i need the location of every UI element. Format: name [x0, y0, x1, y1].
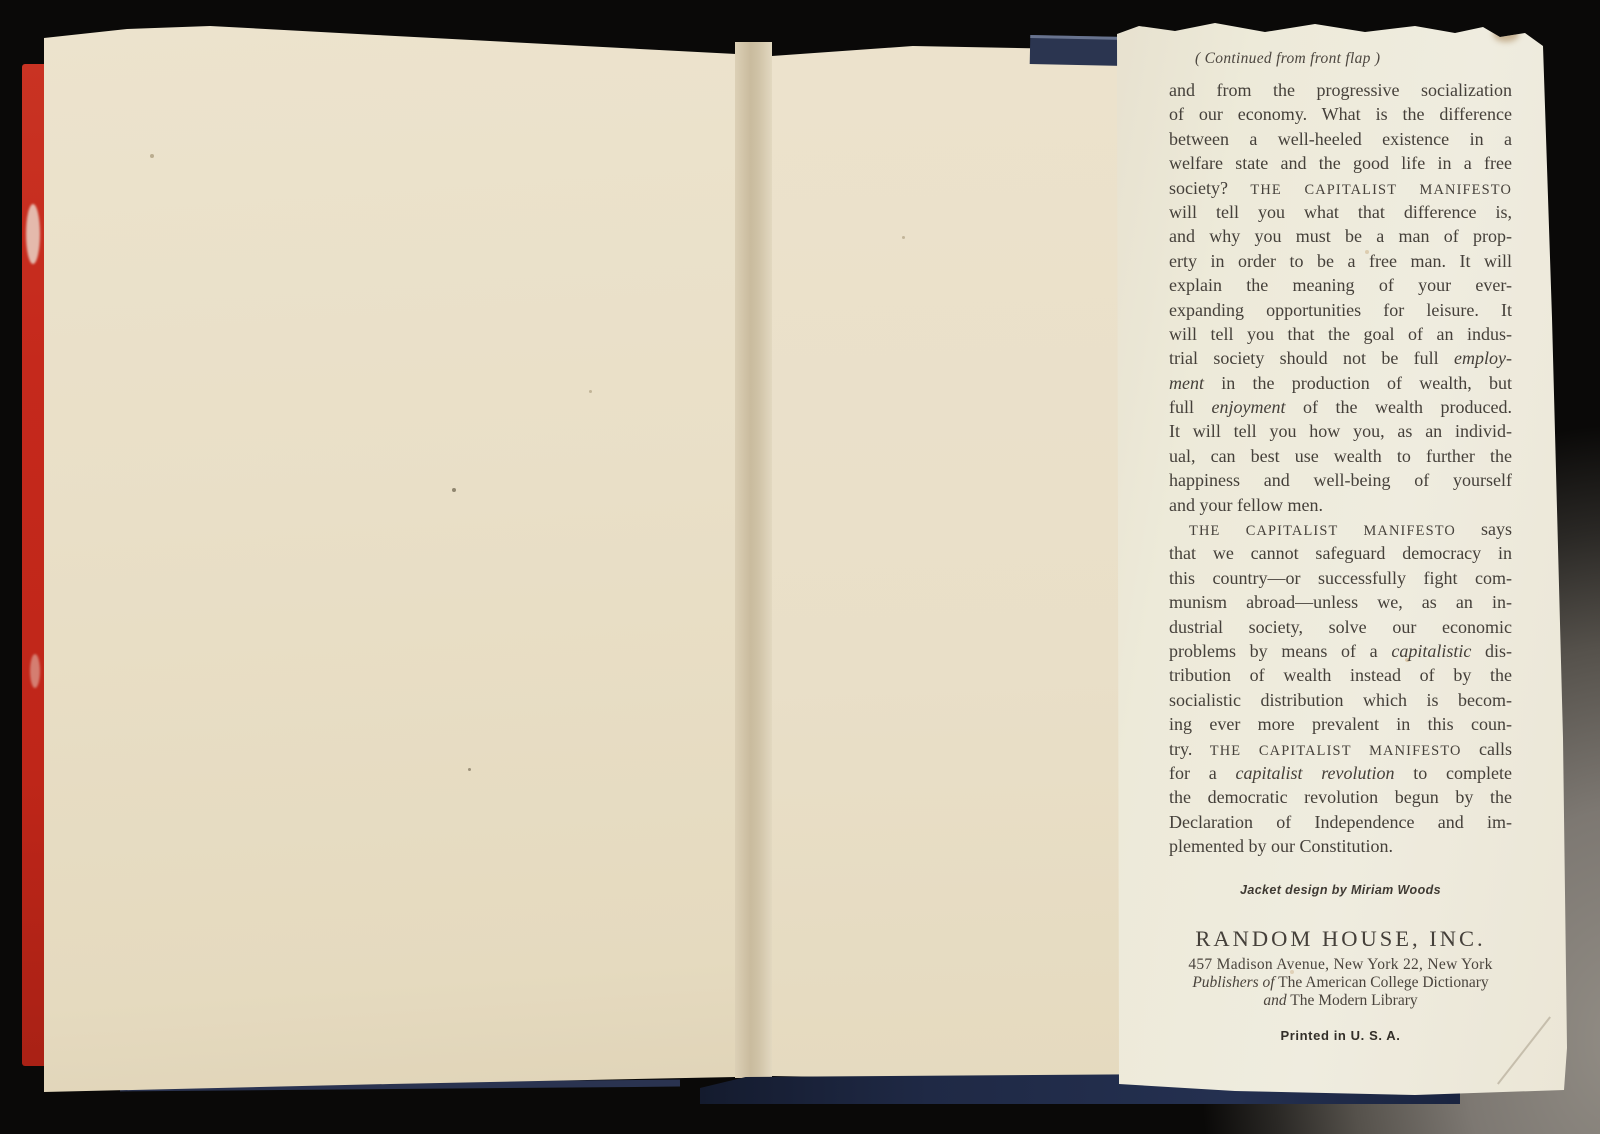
flap-text-line: for a capitalist revolution to complete — [1169, 761, 1512, 785]
flap-text-line: welfare state and the good life in a fre… — [1169, 151, 1512, 175]
publisher-imprint-line-2: and The Modern Library — [1169, 992, 1512, 1010]
flap-text-line: expanding opportunities for leisure. It — [1169, 298, 1512, 322]
page-gutter-shadow — [735, 42, 772, 1078]
flap-text-line: socialistic distribution which is becom- — [1169, 688, 1512, 712]
flap-text-line: Declaration of Independence and im- — [1169, 810, 1512, 834]
flap-text-line: tribution of wealth instead of by the — [1169, 663, 1512, 687]
jacket-design-credit: Jacket design by Miriam Woods — [1169, 883, 1512, 897]
flap-text-line: of our economy. What is the difference — [1169, 102, 1512, 126]
flap-text-line: happiness and well-being of yourself — [1169, 468, 1512, 492]
flap-text-line: It will tell you how you, as an individ- — [1169, 419, 1512, 443]
blue-cover-top-edge — [1030, 35, 1127, 66]
left-blank-endpaper — [44, 26, 736, 1092]
jacket-scuff — [30, 654, 40, 688]
paper-speck — [589, 390, 592, 393]
flap-text-line: between a well-heeled existence in a — [1169, 127, 1512, 151]
flap-text-line: that we cannot safeguard democracy in — [1169, 541, 1512, 565]
flap-text-line: munism abroad—unless we, as an in- — [1169, 590, 1512, 614]
flap-text-line: ual, can best use wealth to further the — [1169, 444, 1512, 468]
publisher-name: RANDOM HOUSE, INC. — [1169, 926, 1512, 952]
flap-text-line: this country—or successfully fight com- — [1169, 566, 1512, 590]
flap-crease — [1497, 1016, 1551, 1084]
paper-speck — [468, 768, 471, 771]
continued-from-front-flap-note: ( Continued from front flap ) — [1195, 50, 1515, 68]
flap-text-line: try. THE CAPITALIST MANIFESTO calls — [1169, 737, 1512, 761]
right-blank-endpaper — [772, 46, 1124, 1082]
flap-text-line: problems by means of a capitalistic dis- — [1169, 639, 1512, 663]
flap-text-line: full enjoyment of the wealth produced. — [1169, 395, 1512, 419]
flap-text-line: erty in order to be a free man. It will — [1169, 249, 1512, 273]
flap-text-line: dustrial society, solve our economic — [1169, 615, 1512, 639]
flap-text-line: THE CAPITALIST MANIFESTO says — [1169, 517, 1512, 541]
paper-speck — [150, 154, 154, 158]
flap-text-line: and from the progressive socialization — [1169, 78, 1512, 102]
flap-text-line: ing ever more prevalent in this coun- — [1169, 712, 1512, 736]
dust-jacket-back-flap: ( Continued from front flap ) and from t… — [1115, 18, 1570, 1104]
publisher-address: 457 Madison Avenue, New York 22, New Yor… — [1169, 956, 1512, 974]
jacket-scuff — [26, 204, 40, 264]
flap-text-line: the democratic revolution begun by the — [1169, 785, 1512, 809]
flap-text-line: society? THE CAPITALIST MANIFESTO — [1169, 176, 1512, 200]
printed-in-usa-note: Printed in U. S. A. — [1169, 1028, 1512, 1043]
flap-text-line: explain the meaning of your ever- — [1169, 273, 1512, 297]
flap-text-line: and why you must be a man of prop- — [1169, 224, 1512, 248]
paper-speck — [902, 236, 905, 239]
flap-paragraphs: and from the progressive socializationof… — [1169, 78, 1512, 859]
open-book-photo: ( Continued from front flap ) and from t… — [0, 0, 1600, 1134]
flap-text-line: ment in the production of wealth, but — [1169, 371, 1512, 395]
publisher-imprint-line-1: Publishers of The American College Dicti… — [1169, 974, 1512, 992]
flap-text-line: trial society should not be full employ- — [1169, 346, 1512, 370]
paper-speck — [452, 488, 456, 492]
flap-text-line: will tell you that the goal of an indus- — [1169, 322, 1512, 346]
flap-text-line: plemented by our Constitution. — [1169, 834, 1512, 858]
flap-text-line: and your fellow men. — [1169, 493, 1512, 517]
flap-text-line: will tell you what that difference is, — [1169, 200, 1512, 224]
